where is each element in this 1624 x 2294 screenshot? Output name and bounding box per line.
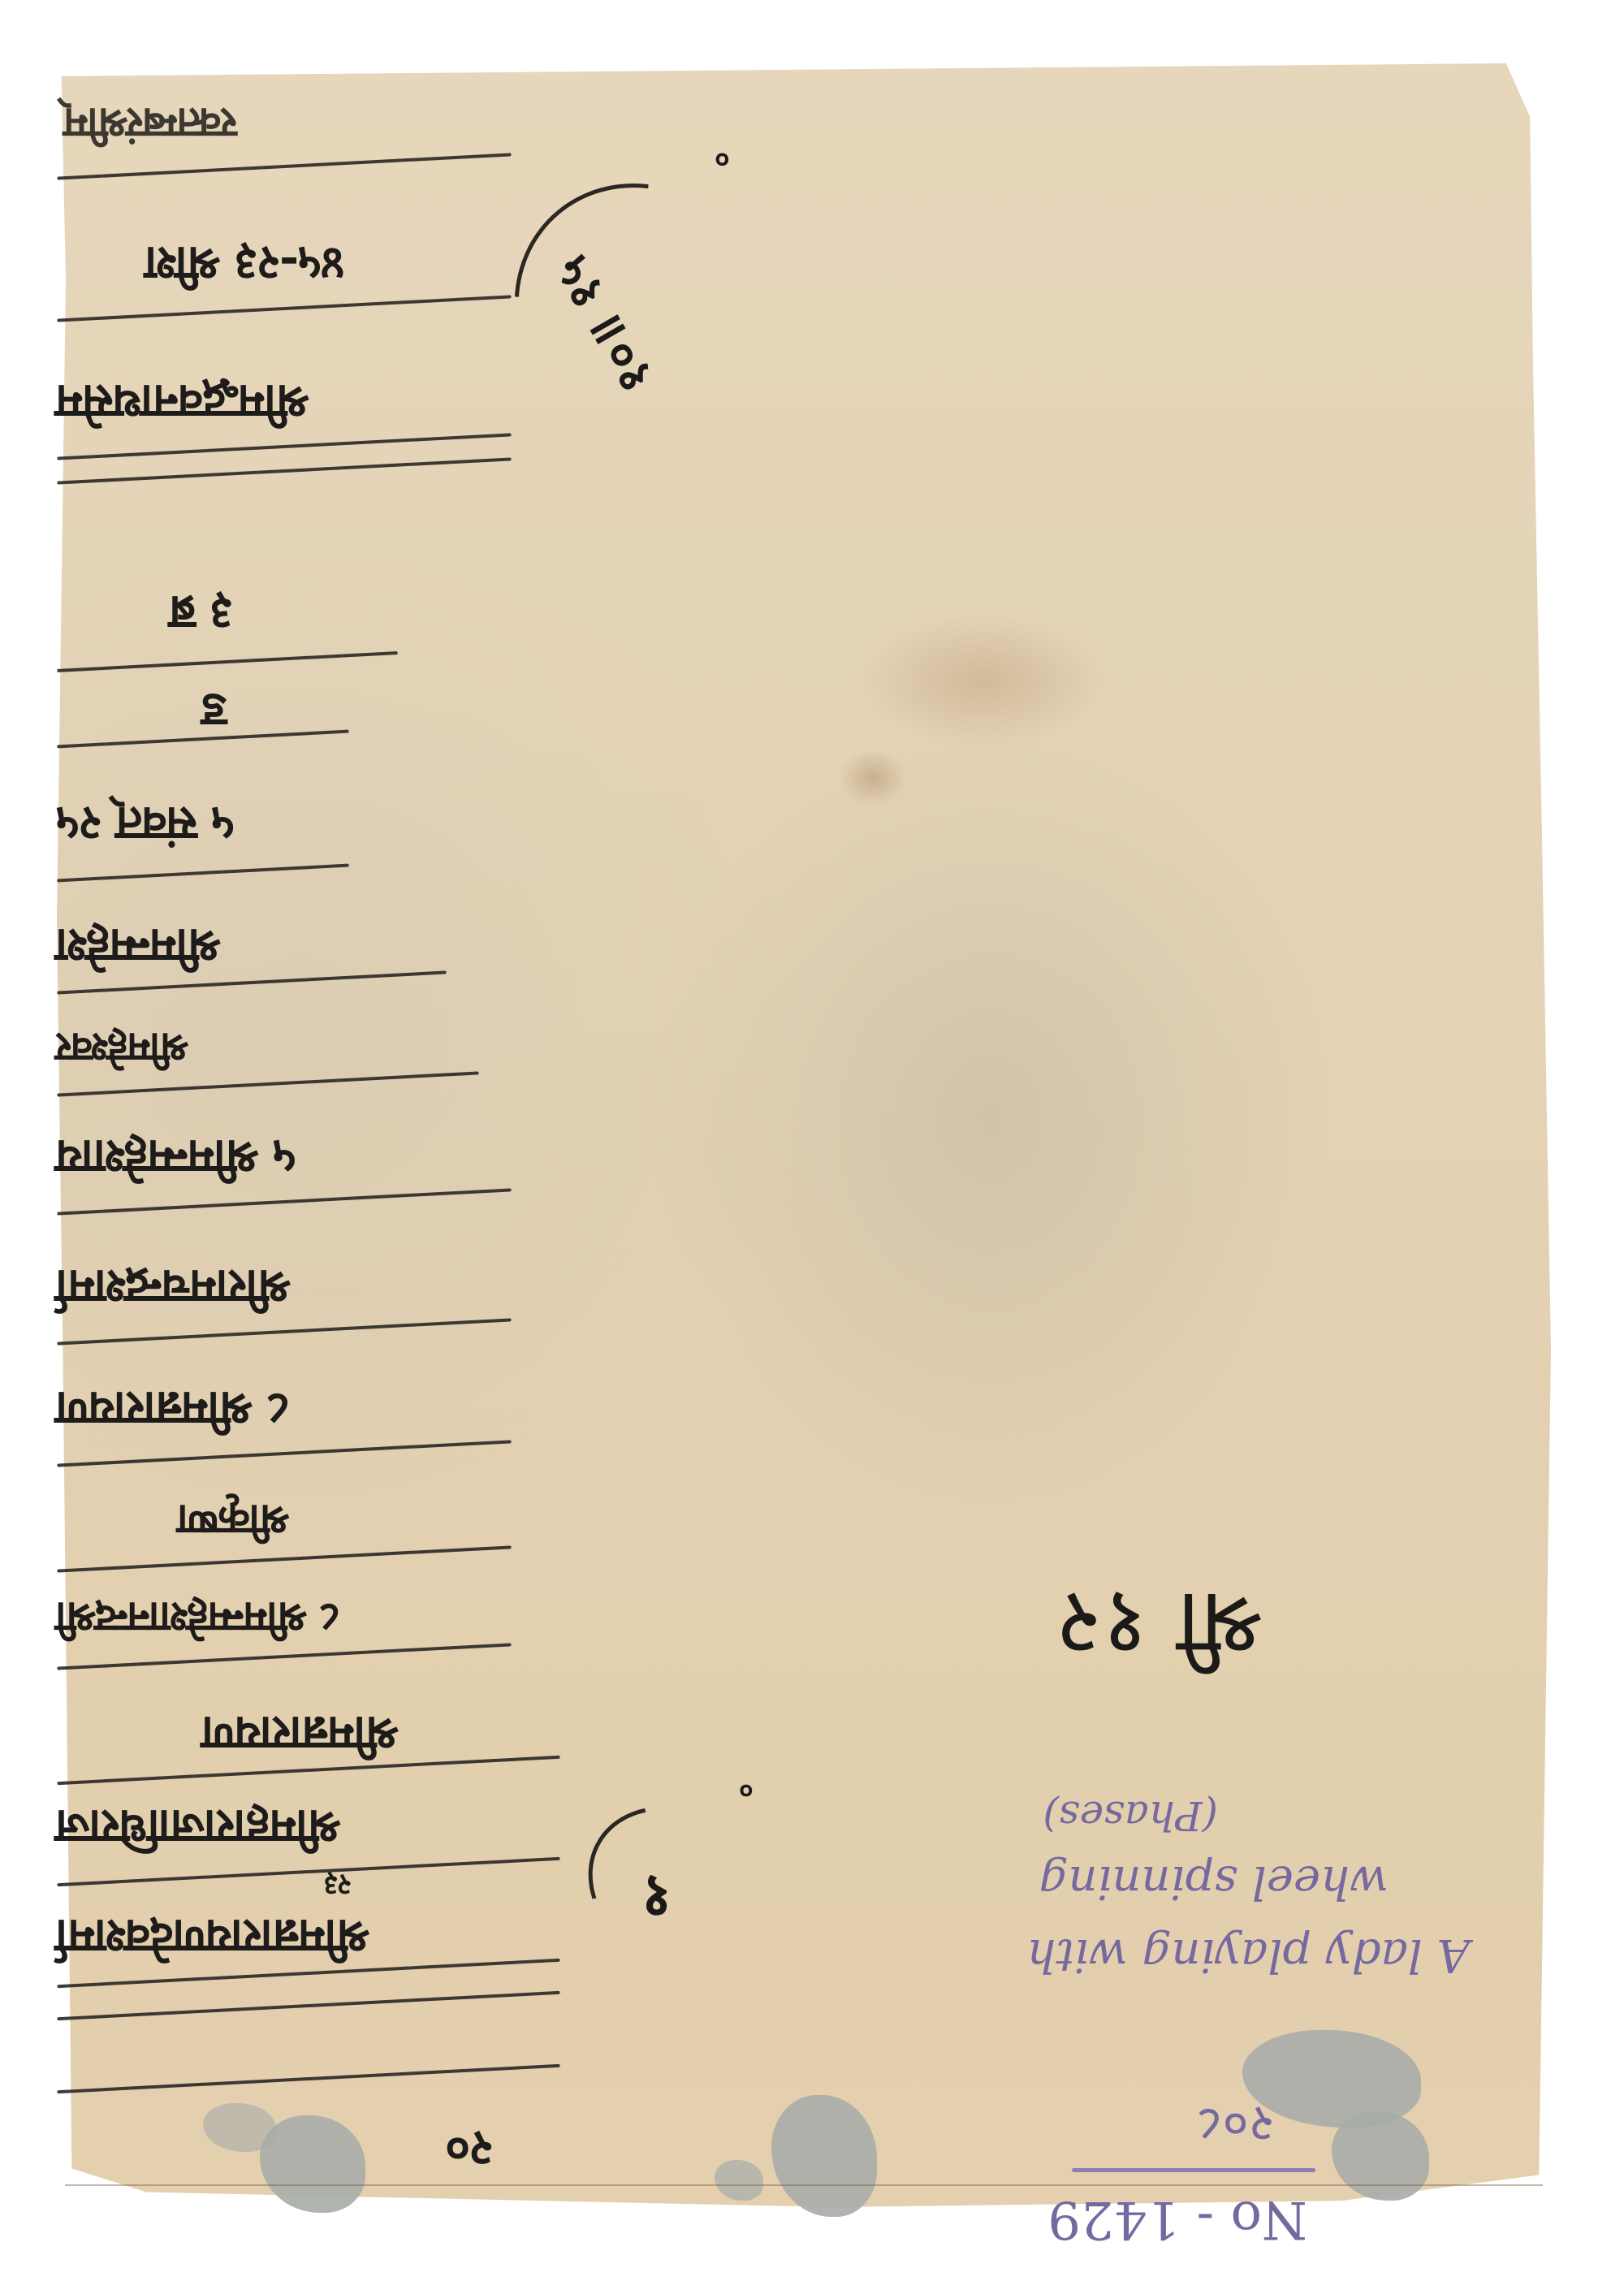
list-item: ४५-२३ श्रीश [146, 234, 344, 298]
rule-line [57, 1188, 511, 1215]
list-item: श्रीमद्भवनाथसेम [57, 372, 309, 436]
list-item: श्रीमहाराजाधिराज [57, 1797, 341, 1861]
list-item: २० [447, 2118, 494, 2184]
column-header: रक्तम्बरंश्रीम् [65, 96, 237, 153]
catalog-number: No - 1429 [1047, 2189, 1307, 2249]
list-item: ८ श्रीमन्महेशानन्दश्री [57, 1590, 340, 1648]
list-item: श्रीमन्महेश [57, 916, 221, 980]
rule-line [57, 295, 511, 322]
center-numeral: श्री १२ [1056, 1567, 1263, 1689]
rule-line [57, 864, 349, 883]
rule-line [57, 2064, 559, 2093]
lower-margin-mark: ० [739, 1770, 754, 1808]
list-item: ५ श्रीमन्महेशाय [57, 1127, 296, 1191]
rule-line [57, 1440, 511, 1467]
label-rule [1072, 2168, 1315, 2172]
note-line-2: wheel spinning [1039, 1856, 1389, 1908]
list-item: श्रीमहेश्वर [57, 1022, 188, 1077]
list-item: ८ श्रीमन्नारायण [57, 1379, 291, 1443]
rule-line [57, 153, 511, 179]
list-item: श्रीमन्नारायण [203, 1704, 399, 1768]
list-item: ड [203, 680, 227, 745]
lower-margin-numeral: १ [641, 1860, 672, 1939]
list-item: ५ संवत् २५ [57, 794, 235, 858]
rule-line [57, 1857, 559, 1886]
list-item: श्रीमन्नारायणदेवशर्मा [57, 1907, 369, 1971]
note-line-3: (Phases) [1043, 1792, 1218, 1839]
list-item: श्रीरामचन्द्रशर्मा [57, 1257, 291, 1321]
rule-line [57, 651, 398, 672]
left-column: रक्तम्बरंश्रीम् ४५-२३ श्रीश श्रीमद्भवनाथ… [57, 63, 577, 2134]
english-note: A lady playing with wheel spinning (Phas… [755, 1754, 1486, 1998]
note-line-1: A lady playing with [1026, 1929, 1470, 1981]
list-item: ३ ब्र [171, 583, 233, 647]
top-margin-mark: ० [715, 138, 730, 178]
rule-line [57, 1318, 511, 1345]
list-item: श्रीकृष्ण [179, 1493, 290, 1550]
rule-line [57, 433, 511, 460]
rule-line [57, 1991, 559, 2020]
rule-line [57, 457, 511, 484]
fold-line [65, 2184, 1543, 2186]
